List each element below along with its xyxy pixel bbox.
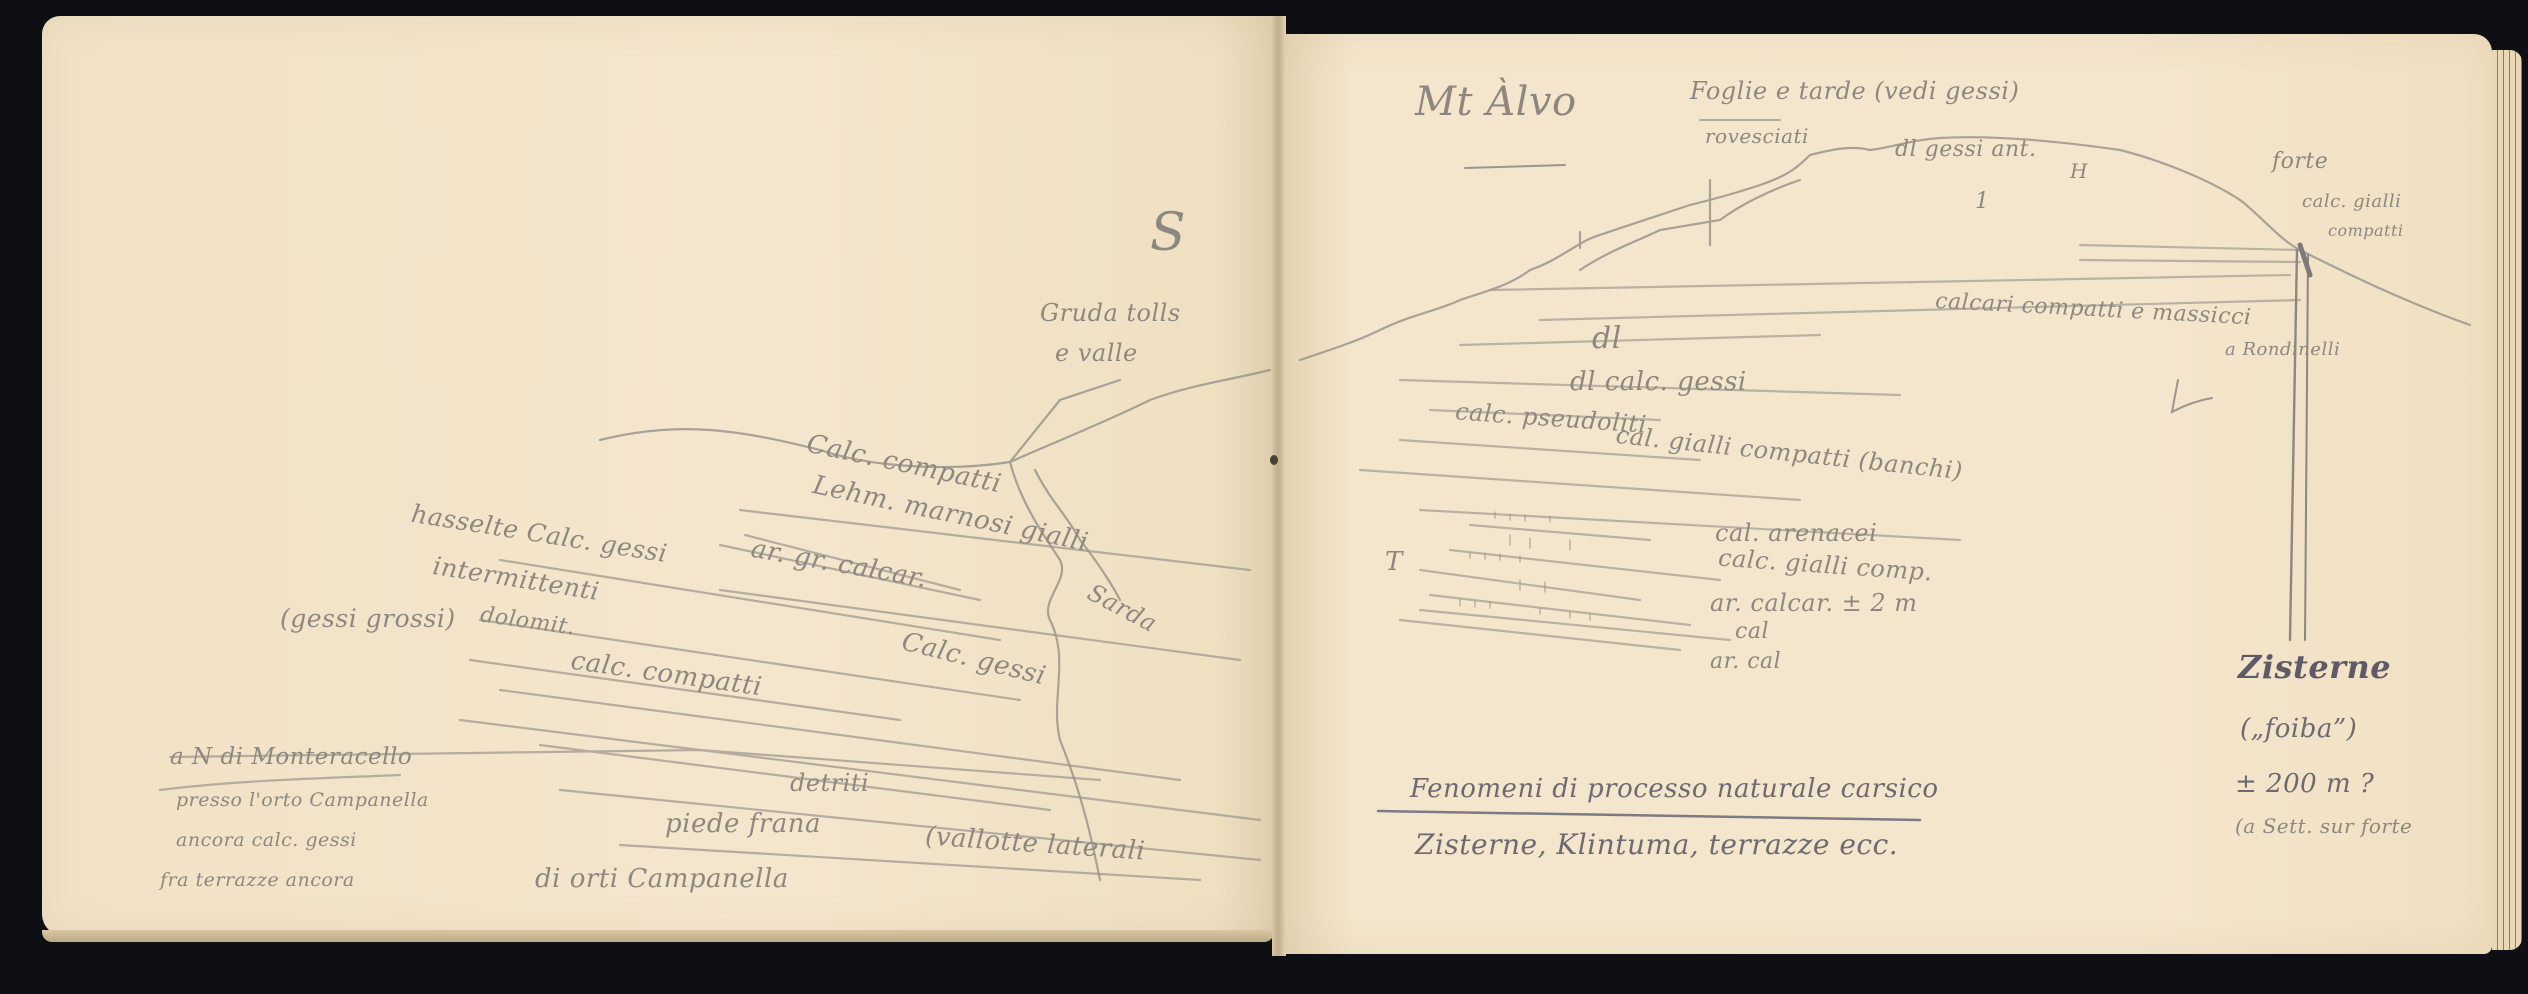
mark-s: S	[1150, 205, 1186, 262]
top-note-3: dl gessi ant.	[1895, 138, 2036, 162]
page-title: Mt Àlvo	[1415, 80, 1577, 124]
top-mark-1: 1	[1975, 190, 1990, 214]
base-label-1: piede frana	[665, 810, 821, 839]
depth-note: (a Sett. sur forte	[2235, 815, 2412, 837]
zisterne-label: Zisterne	[2238, 650, 2391, 685]
margin-note-line1: a N di Monteracello	[170, 745, 412, 770]
depth-label: ± 200 m ?	[2235, 770, 2374, 799]
top-note-1: Foglie e tarde (vedi gessi)	[1690, 78, 2019, 104]
margin-note-line4: fra terrazze ancora	[160, 870, 355, 891]
top-mark-2: H	[2070, 160, 2088, 182]
right-top-note-2: calc. gialli	[2302, 192, 2401, 212]
calcari-note-2: a Rondinelli	[2225, 340, 2340, 360]
base-label-3: di orti Campanella	[535, 865, 789, 894]
section-subheading: Zisterne, Klintuma, terrazze ecc.	[1415, 830, 1898, 861]
margin-note-line3: ancora calc. gessi	[176, 830, 357, 851]
dl-label-1: dl	[1592, 322, 1622, 355]
left-block-line3: (gessi grossi)	[280, 605, 456, 633]
section-heading: Fenomeni di processo naturale carsico	[1410, 775, 1938, 804]
strata-label-c: cal. arenacei	[1715, 520, 1877, 546]
strata-label-e: ar. calcar. ± 2 m	[1710, 590, 1918, 616]
note-grade-line1: Gruda tolls	[1040, 300, 1181, 326]
binding-hole	[1270, 455, 1278, 465]
foiba-label: („foiba”)	[2240, 715, 2357, 744]
right-top-note-1: forte	[2272, 150, 2328, 174]
t-mark: T	[1385, 548, 1403, 577]
book-spine	[1272, 16, 1286, 956]
margin-note-line2: presso l'orto Campanella	[176, 790, 429, 811]
left-page-edge	[42, 930, 1274, 942]
note-grade-line2: e valle	[1055, 340, 1138, 366]
strata-label-f: cal	[1735, 620, 1769, 644]
top-note-2: rovesciati	[1705, 125, 1809, 147]
page-stack-edge	[2492, 50, 2522, 950]
dl-label-2: dl calc. gessi	[1570, 368, 1747, 397]
right-top-note-3: compatti	[2328, 222, 2404, 240]
detrito-label: detriti	[790, 770, 869, 796]
strata-label-g: ar. cal	[1710, 650, 1781, 674]
